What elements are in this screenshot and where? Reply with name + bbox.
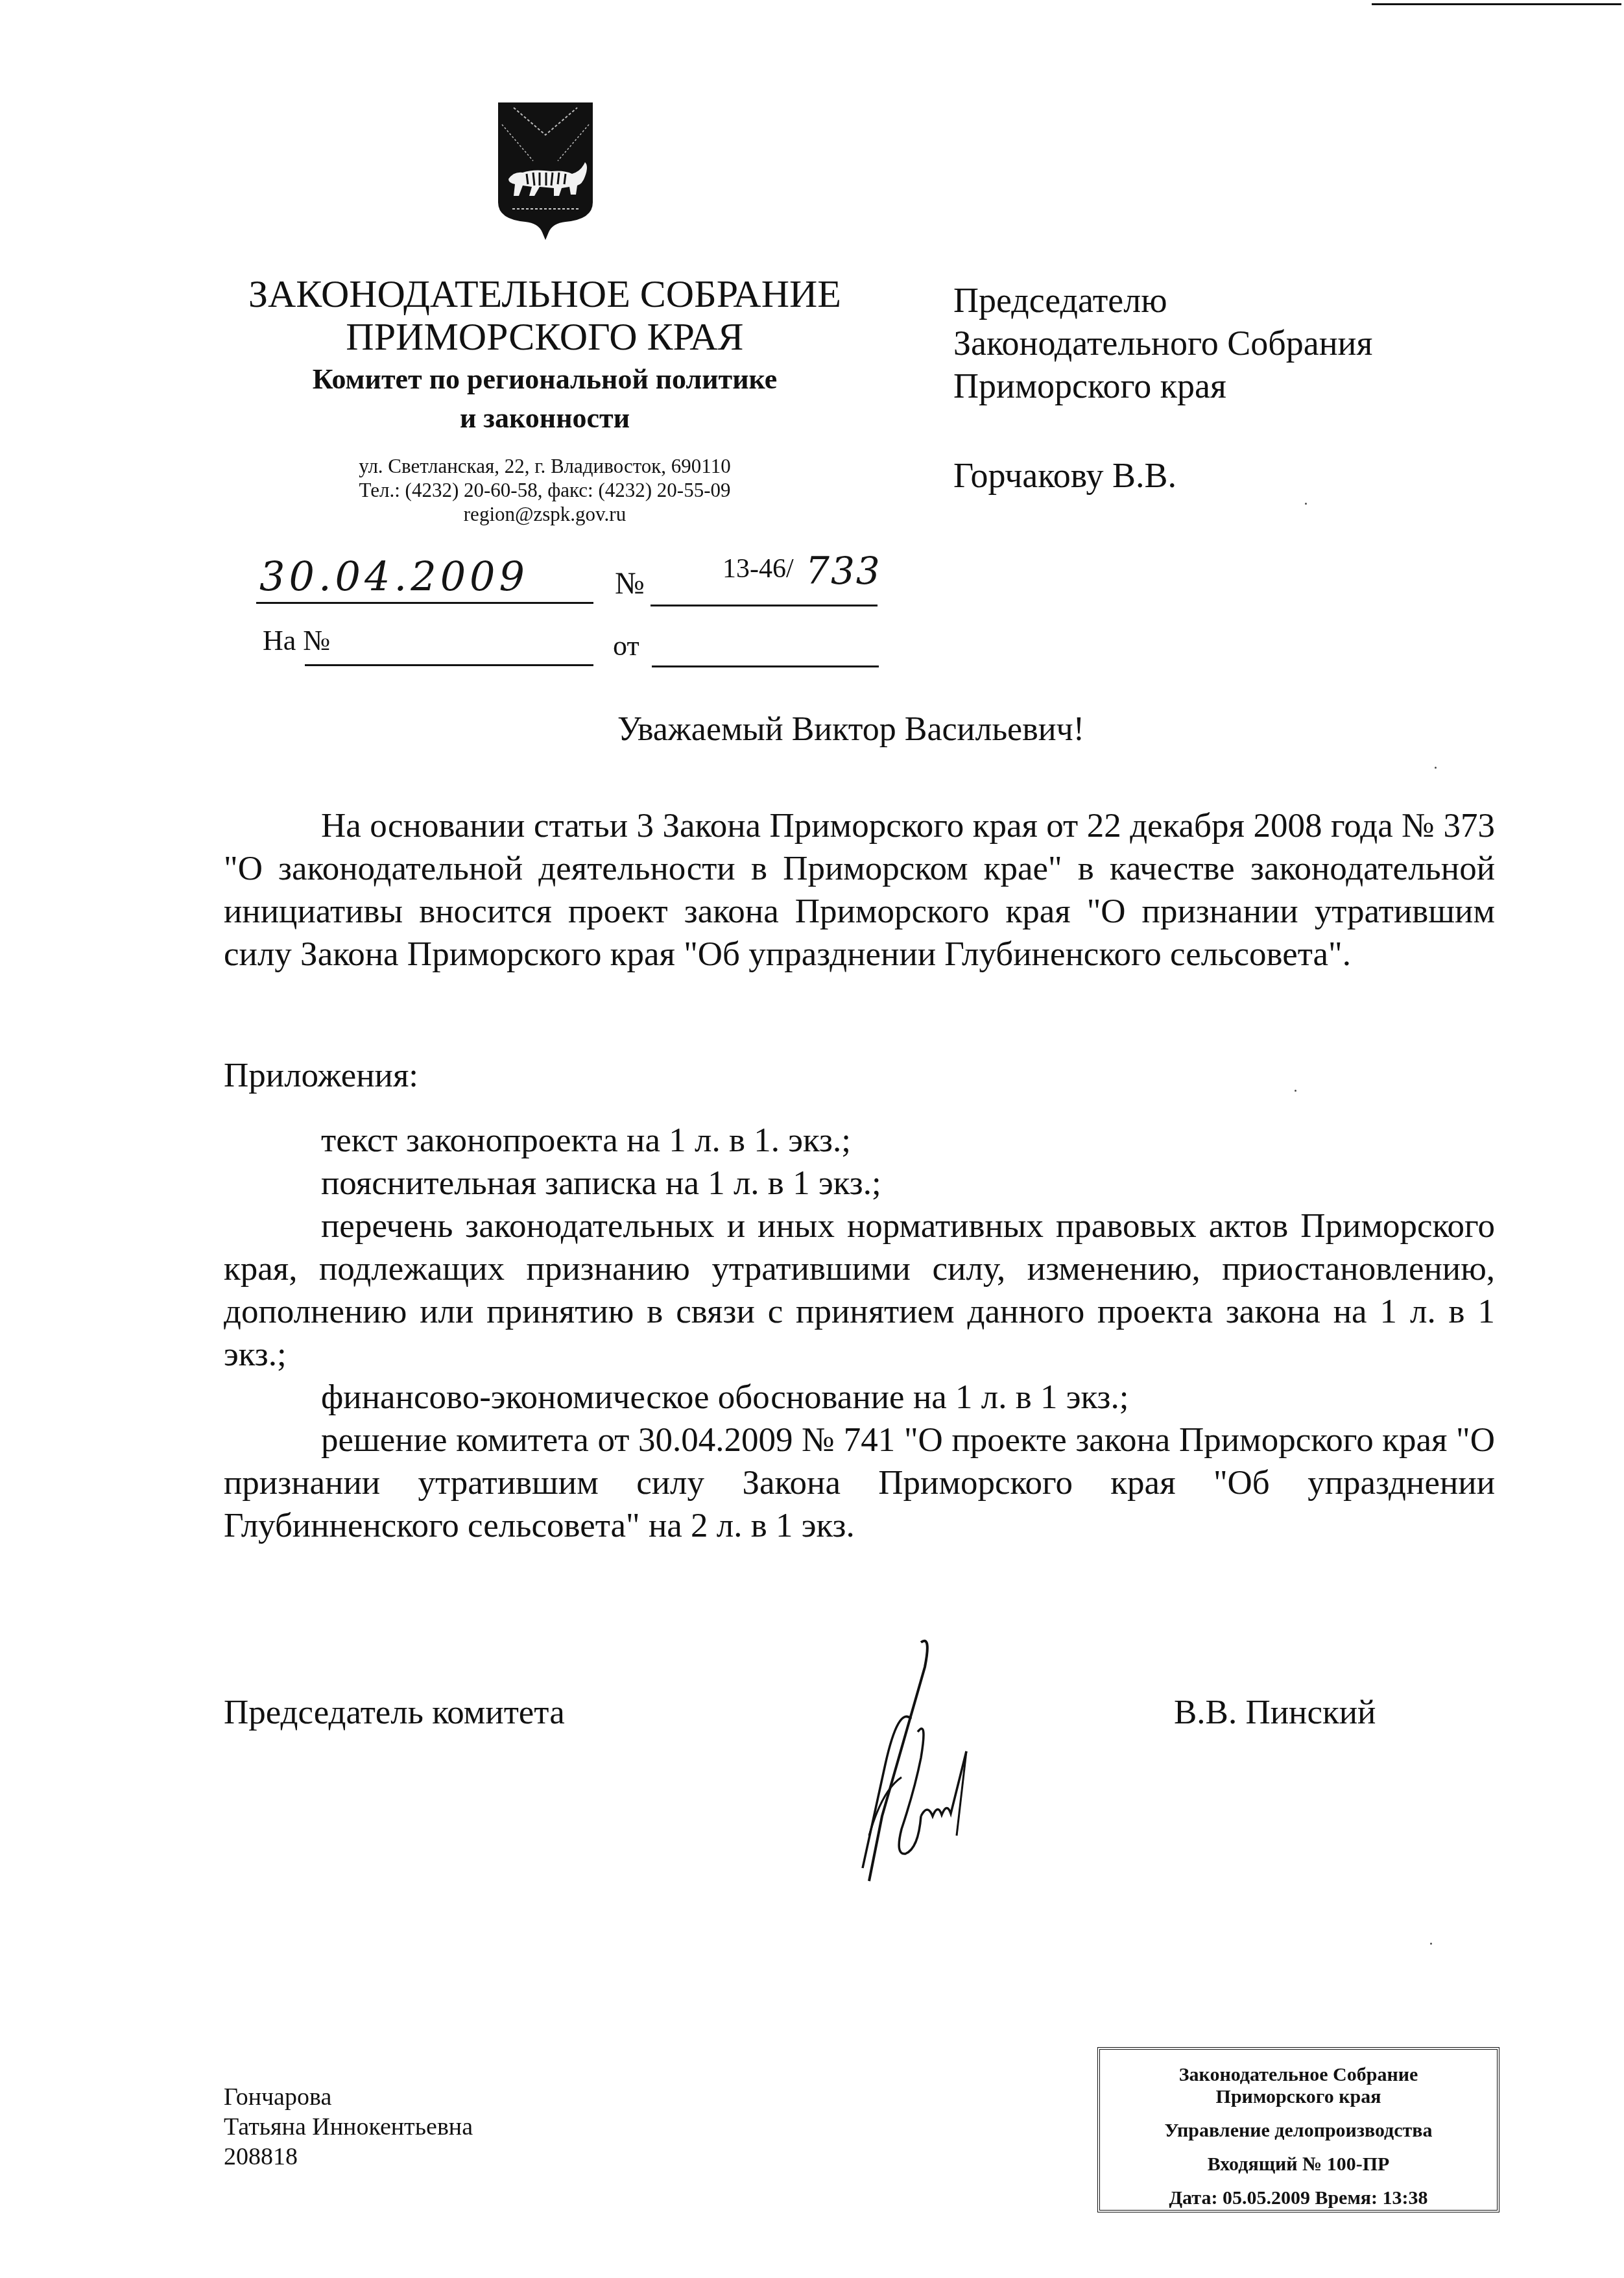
letterhead-contacts: ул. Светланская, 22, г. Владивосток, 690… [311, 454, 778, 526]
email: region@zspk.gov.ru [311, 502, 778, 526]
outgoing-number-handwritten: 733 [806, 549, 881, 593]
from-underline [652, 665, 879, 667]
committee-name-line2: и законности [221, 401, 869, 436]
addressee-line3: Приморского края [953, 365, 1372, 407]
reply-to-underline [305, 664, 593, 666]
outgoing-number-printed: 13-46/ [722, 553, 794, 584]
number-underline [651, 605, 878, 606]
scan-speck [1435, 767, 1437, 769]
letterhead-organization: ЗАКОНОДАТЕЛЬНОЕ СОБРАНИЕ ПРИМОРСКОГО КРА… [221, 272, 869, 436]
body-paragraph: На основании статьи 3 Закона Приморского… [224, 804, 1495, 976]
attachment-item: текст законопроекта на 1 л. в 1. экз.; [224, 1119, 1495, 1162]
number-label: № [615, 566, 645, 601]
signatory-name: В.В. Пинский [1174, 1693, 1376, 1732]
stamp-department: Управление делопроизводства [1100, 2120, 1497, 2142]
coat-of-arms-icon [494, 99, 597, 241]
handwritten-signature-icon [772, 1622, 1005, 1894]
org-name-line1: ЗАКОНОДАТЕЛЬНОЕ СОБРАНИЕ [221, 272, 869, 315]
address: ул. Светланская, 22, г. Владивосток, 690… [311, 454, 778, 478]
stamp-incoming-number: Входящий № 100-ПР [1100, 2153, 1497, 2176]
greeting: Уважаемый Виктор Васильевич! [0, 710, 1624, 749]
scan-speck [1430, 1943, 1432, 1945]
stamp-datetime: Дата: 05.05.2009 Время: 13:38 [1100, 2187, 1497, 2209]
attachment-item: пояснительная записка на 1 л. в 1 экз.; [224, 1162, 1495, 1205]
outgoing-date-handwritten: 30.04.2009 [259, 553, 529, 600]
attachment-item: решение комитета от 30.04.2009 № 741 "О … [224, 1419, 1495, 1547]
committee-name-line1: Комитет по региональной политике [221, 362, 869, 397]
org-name-line2: ПРИМОРСКОГО КРАЯ [221, 315, 869, 358]
signatory-role: Председатель комитета [224, 1693, 565, 1732]
addressee-name: Горчакову В.В. [953, 454, 1372, 497]
from-label: от [613, 629, 639, 662]
attachments-list: текст законопроекта на 1 л. в 1. экз.; п… [224, 1119, 1495, 1547]
incoming-registration-stamp: Законодательное Собрание Приморского кра… [1097, 2047, 1499, 2212]
executor-block: Гончарова Татьяна Иннокентьевна 208818 [224, 2082, 473, 2172]
scan-speck [1295, 1090, 1296, 1092]
scan-edge-line [1372, 3, 1621, 5]
executor-surname: Гончарова [224, 2082, 473, 2112]
attachments-title: Приложения: [224, 1054, 418, 1097]
addressee-line1: Председателю [953, 279, 1372, 322]
attachment-item: финансово-экономическое обоснование на 1… [224, 1376, 1495, 1419]
attachment-item: перечень законодательных и иных норматив… [224, 1205, 1495, 1376]
date-underline [256, 602, 593, 604]
executor-name: Татьяна Иннокентьевна [224, 2112, 473, 2142]
addressee-line2: Законодательного Собрания [953, 322, 1372, 365]
executor-phone: 208818 [224, 2142, 473, 2172]
phone-fax: Тел.: (4232) 20-60-58, факс: (4232) 20-5… [311, 478, 778, 502]
addressee-block: Председателю Законодательного Собрания П… [953, 279, 1372, 497]
reply-to-label: На № [263, 624, 330, 657]
stamp-org-line2: Приморского края [1100, 2086, 1497, 2108]
stamp-org-line1: Законодательное Собрание [1100, 2064, 1497, 2086]
scan-speck [1305, 503, 1307, 505]
